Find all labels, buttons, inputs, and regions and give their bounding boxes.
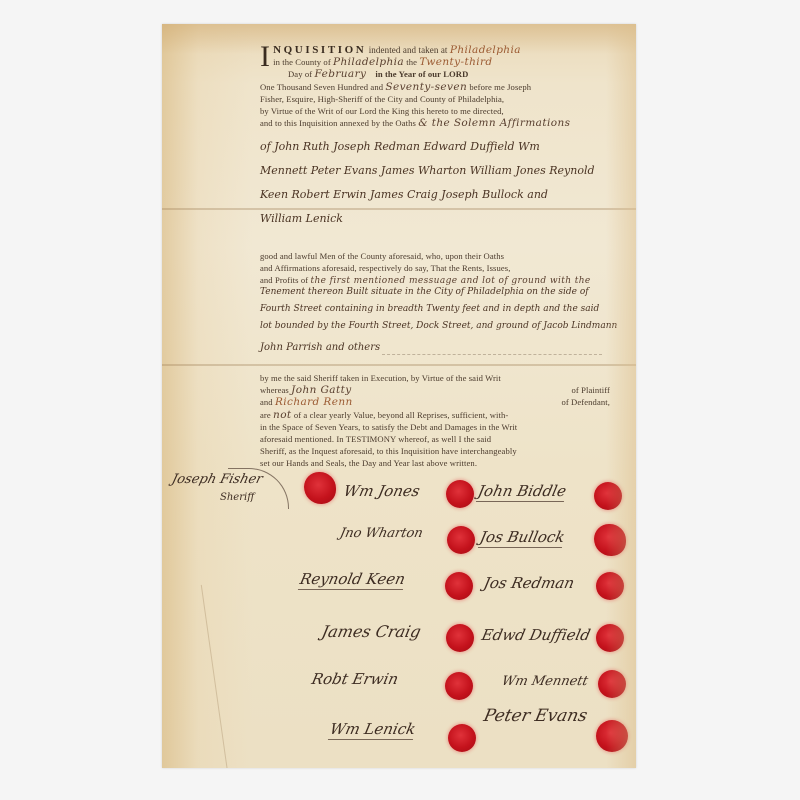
sheriff-signature-note: Joseph Fisher Sheriff [168,466,278,518]
wax-seal [598,670,626,698]
header-text: Day of [288,69,312,79]
wax-seal [594,524,626,556]
header-text: by Virtue of the Writ of our Lord the Ki… [260,105,610,117]
body-text: set our Hands and Seals, the Day and Yea… [260,457,610,469]
wax-seal [304,472,336,504]
header-text: Fisher, Esquire, High-Sheriff of the Cit… [260,93,610,105]
body-text: and Affirmations aforesaid, respectively… [260,262,610,274]
wax-seal [447,526,475,554]
handwritten-day: Twenty-third [419,56,492,68]
jurors-line: of John Ruth Joseph Redman Edward Duffie… [260,140,620,153]
header-text: before me Joseph [469,82,531,92]
crease-line [201,585,228,768]
body-text: of a clear yearly Value, beyond all Repr… [294,410,509,420]
jurors-line: Mennett Peter Evans James Wharton Willia… [260,164,620,177]
body-text: of Defendant, [561,396,610,408]
header-text: the [406,57,417,67]
jurors-line: William Lenick [260,212,620,225]
body-text: are [260,410,271,420]
wax-seal [446,624,474,652]
document-title: NQUISITION [273,44,366,56]
handwritten-month: February [314,68,366,80]
handwritten-plaintiff: John Gatty [291,384,351,396]
description-line: lot bounded by the Fourth Street, Dock S… [260,321,620,331]
body-text: aforesaid mentioned. In TESTIMONY whereo… [260,433,610,445]
document-paper: I NQUISITION indented and taken at Phila… [162,24,636,768]
description-line: Fourth Street containing in breadth Twen… [260,304,620,314]
wax-seal [445,572,473,600]
wax-seal [448,724,476,752]
handwritten-place: Philadelphia [450,44,521,56]
wax-seal [596,572,624,600]
fold-line [162,364,636,366]
signature: Edwd Duffield [480,626,592,644]
signature: John Biddle [476,482,568,502]
signature: James Craig [320,622,423,641]
handwritten-value: not [273,409,292,421]
handwritten-county: Philadelphia [333,56,404,68]
wax-seal [596,624,624,652]
body-text: whereas [260,385,289,395]
body-text: in the Space of Seven Years, to satisfy … [260,421,610,433]
signature: Peter Evans [482,706,589,726]
header-text: and to this Inquisition annexed by the O… [260,118,416,128]
handwritten-year: Seventy-seven [385,81,467,93]
flourish [228,468,289,509]
body-text: good and lawful Men of the County afores… [260,250,610,262]
body-text: and Profits of [260,275,308,285]
handwritten-defendant: Richard Renn [275,396,353,408]
header-block: I NQUISITION indented and taken at Phila… [260,44,610,129]
body-block-1: good and lawful Men of the County afores… [260,250,610,288]
signature: Jos Redman [482,574,576,592]
fold-line [162,208,636,210]
dropcap: I [260,44,270,70]
handwritten-oaths: & the Solemn Affirmations [418,117,570,129]
body-block-2: by me the said Sheriff taken in Executio… [260,372,610,470]
body-text: Sheriff, as the Inquest aforesaid, to th… [260,445,610,457]
wax-seal [596,720,628,752]
description-line: Tenement thereon Built situate in the Ci… [260,287,620,297]
signature: Wm Lenick [328,720,417,740]
wax-seal [445,672,473,700]
header-text: in the Year of our LORD [375,69,468,79]
signature: Reynold Keen [298,570,407,590]
handwritten-property: the first mentioned messuage and lot of … [310,276,590,286]
signature: Jos Bullock [478,528,567,548]
body-text: by me the said Sheriff taken in Executio… [260,372,610,384]
description-line: John Parrish and others [260,342,620,353]
header-text: in the County of [273,57,331,67]
body-text: and [260,397,273,407]
wax-seal [446,480,474,508]
signature: Wm Mennett [500,674,589,689]
header-text: indented and taken at [369,45,448,55]
jurors-line: Keen Robert Erwin James Craig Joseph Bul… [260,188,620,201]
wax-seal [594,482,622,510]
header-text: One Thousand Seven Hundred and [260,82,383,92]
signature: Wm Jones [342,482,422,500]
body-text: of Plaintiff [571,384,610,396]
blank-line [382,354,602,355]
signature: Jno Wharton [338,526,424,541]
signature: Robt Erwin [310,670,400,688]
